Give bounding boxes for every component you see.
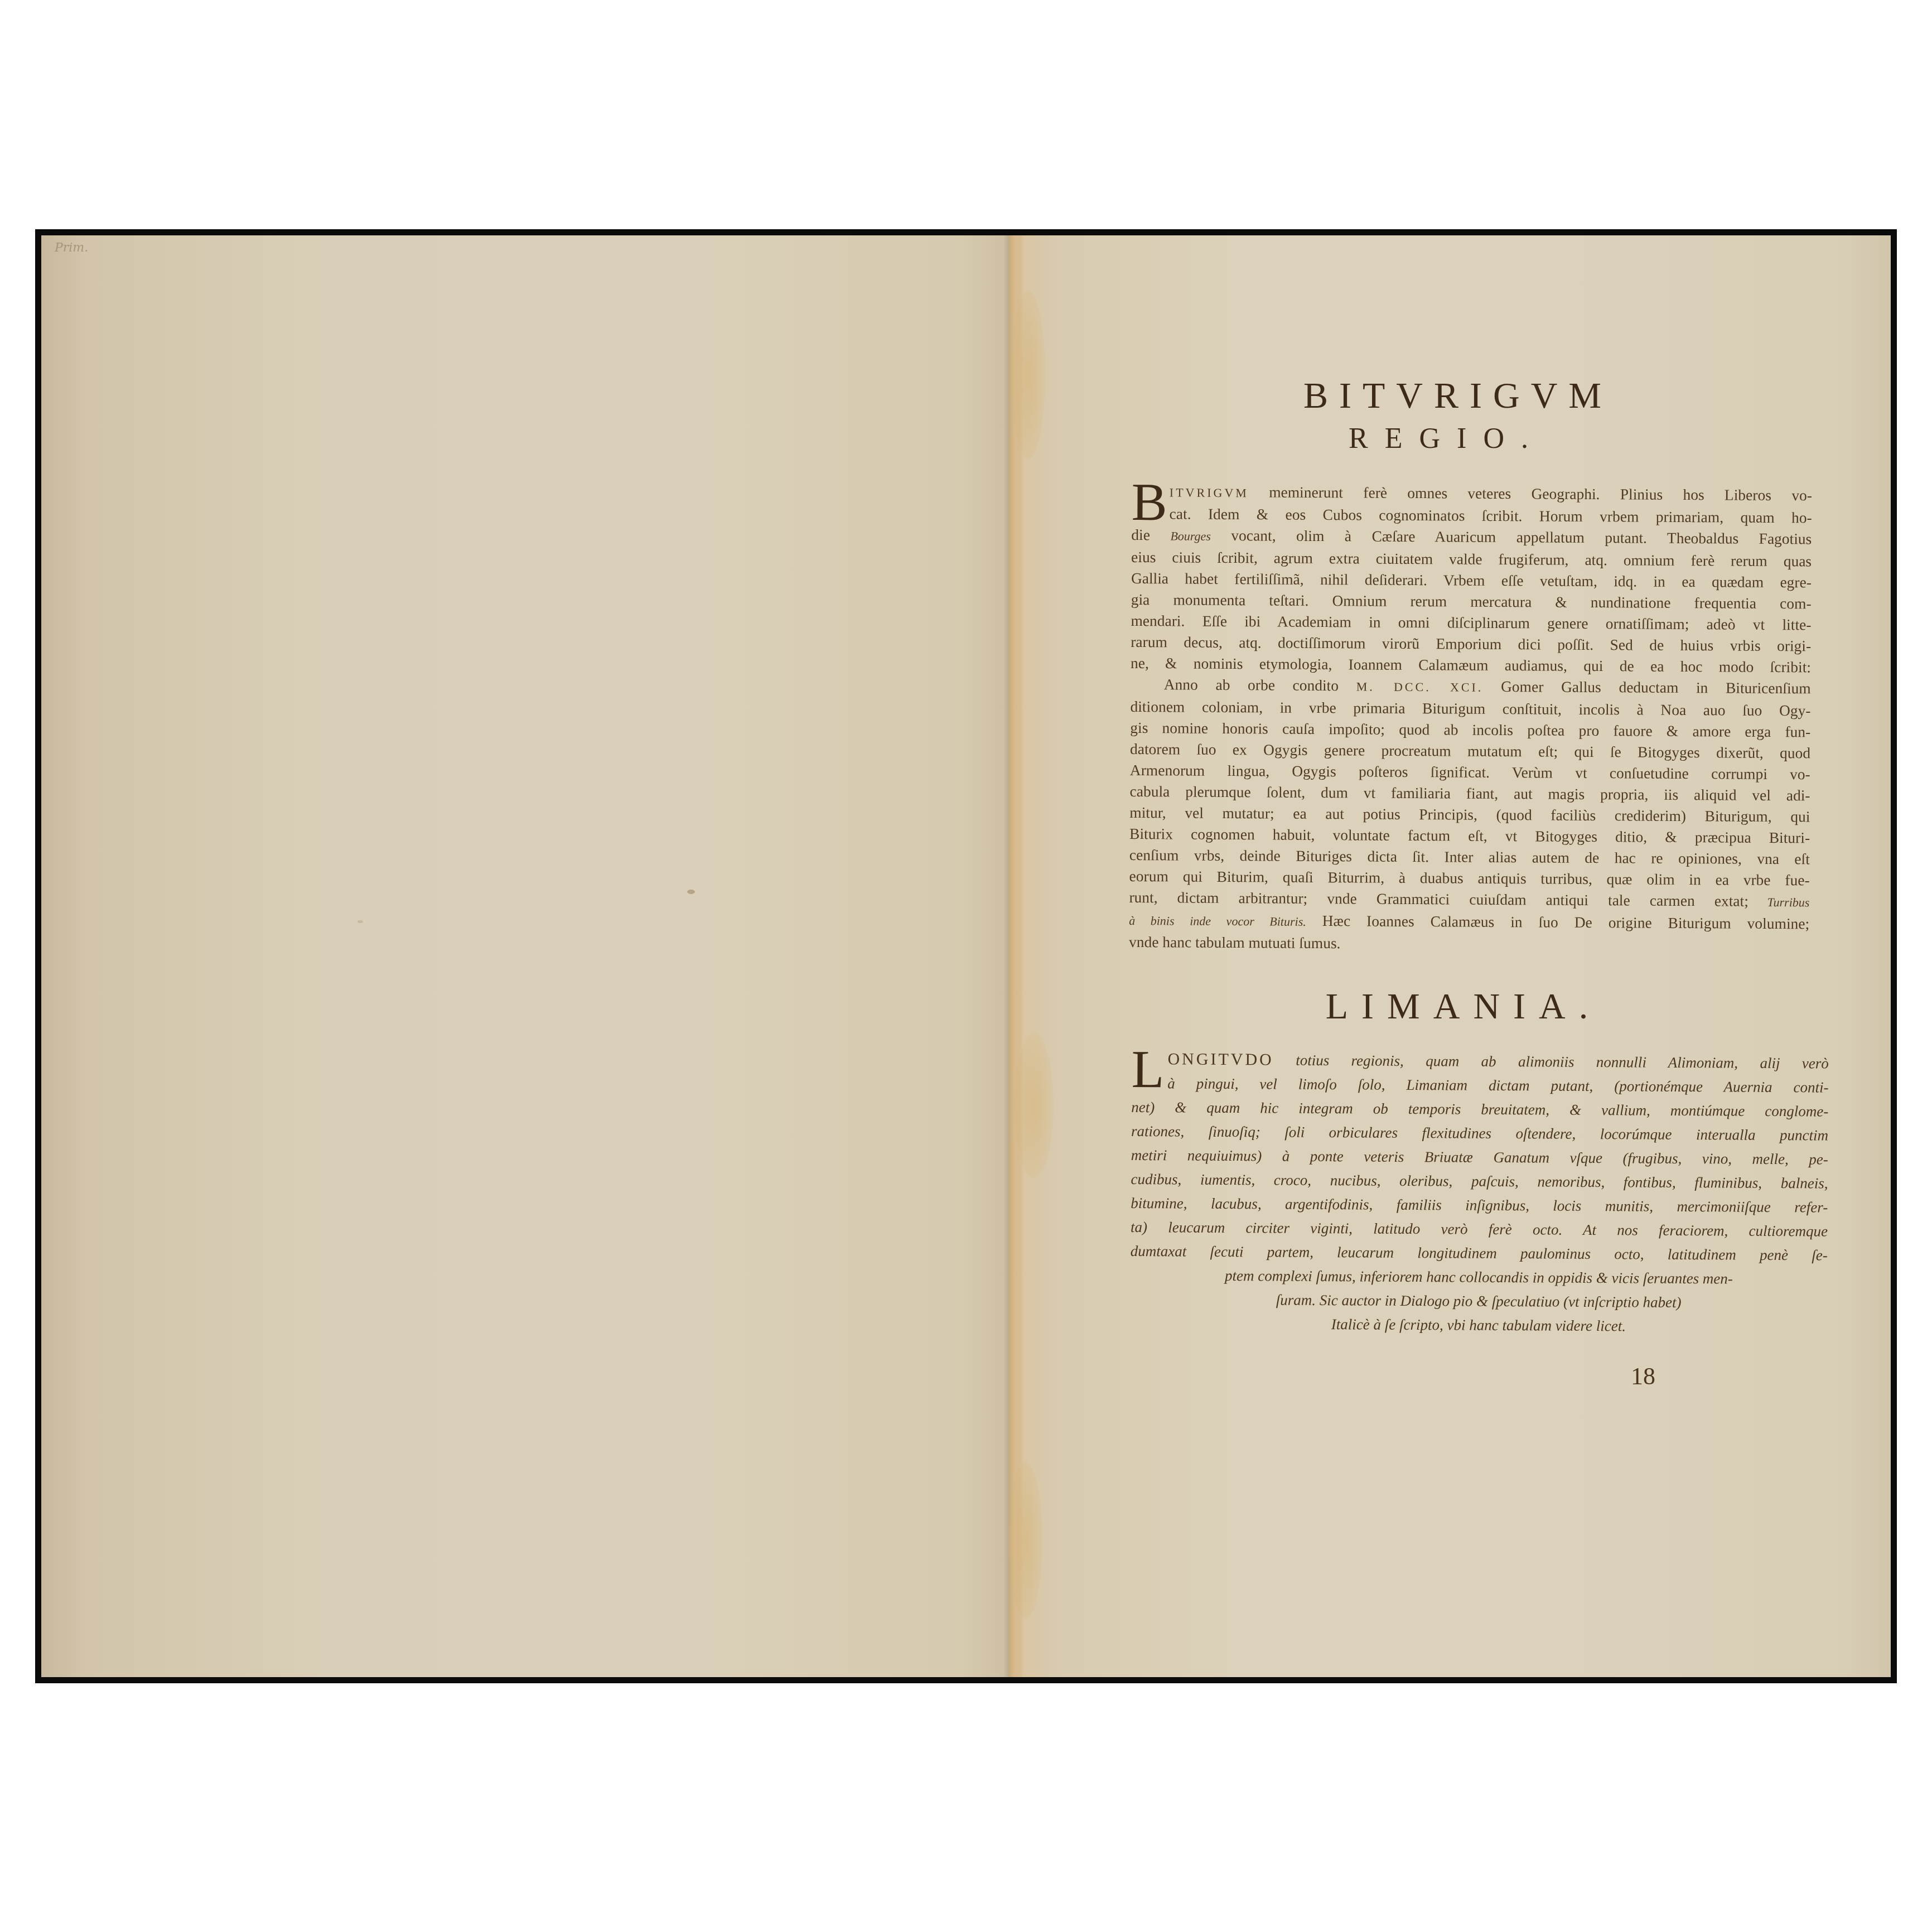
text-line: net) & quam hic integram ob temporis bre… [1131,1095,1828,1124]
text-line: rationes, ſinuoſiq; ſoli orbiculares fle… [1131,1119,1828,1148]
text-line-centered: Italicè à ſe ſcripto, vbi hanc tabulam v… [1130,1311,1827,1340]
water-stain [1012,291,1045,458]
text-line: à pingui, vel limoſo ſolo, Limaniam dict… [1131,1071,1828,1100]
gutter-fold-stain [1009,235,1023,1677]
foxing-speck [358,920,363,923]
text-line: dumtaxat ſecuti partem, leucarum longitu… [1131,1239,1828,1268]
dropcap-l: L [1132,1047,1165,1091]
text-line: cudibus, iumentis, croco, nucibus, oleri… [1131,1167,1828,1196]
water-stain [1009,1462,1042,1619]
text-line: bitumine, lacubus, argentifodinis, famil… [1131,1191,1828,1220]
section-title-limania: LIMANIA. [1268,986,1659,1028]
image-frame: Prim. BITVRIGVM REGIO. B ITVRIGVM memine… [35,229,1897,1683]
text-line: vnde hanc tabulam mutuati ſumus. [1129,931,1809,957]
text-line-centered: ſuram. Sic auctor in Dialogo pio & ſpecu… [1130,1287,1827,1316]
text-line: ONGITVDO totius regionis, quam ab alimon… [1132,1047,1829,1076]
page-number: 18 [1631,1362,1655,1390]
water-stain [1015,1033,1054,1178]
text-line: ta) leucarum circiter viginti, latitudo … [1131,1215,1828,1244]
section-title-biturigum: BITVRIGVM [1263,375,1653,417]
biturigum-paragraph: B ITVRIGVM meminerunt ferè omnes veteres… [1129,481,1812,957]
foxing-speck [687,890,695,894]
pencil-annotation: Prim. [55,241,88,255]
text-line: metiri nequiuimus) à ponte veteris Briua… [1131,1143,1828,1172]
dropcap-b: B [1132,481,1167,523]
text-line-centered: ptem complexi ſumus, inferiorem hanc col… [1130,1263,1827,1292]
section-subtitle-regio: REGIO. [1307,422,1586,455]
left-page-blank-verso: Prim. [41,235,1009,1677]
limania-paragraph: L ONGITVDO totius regionis, quam ab alim… [1130,1047,1829,1340]
